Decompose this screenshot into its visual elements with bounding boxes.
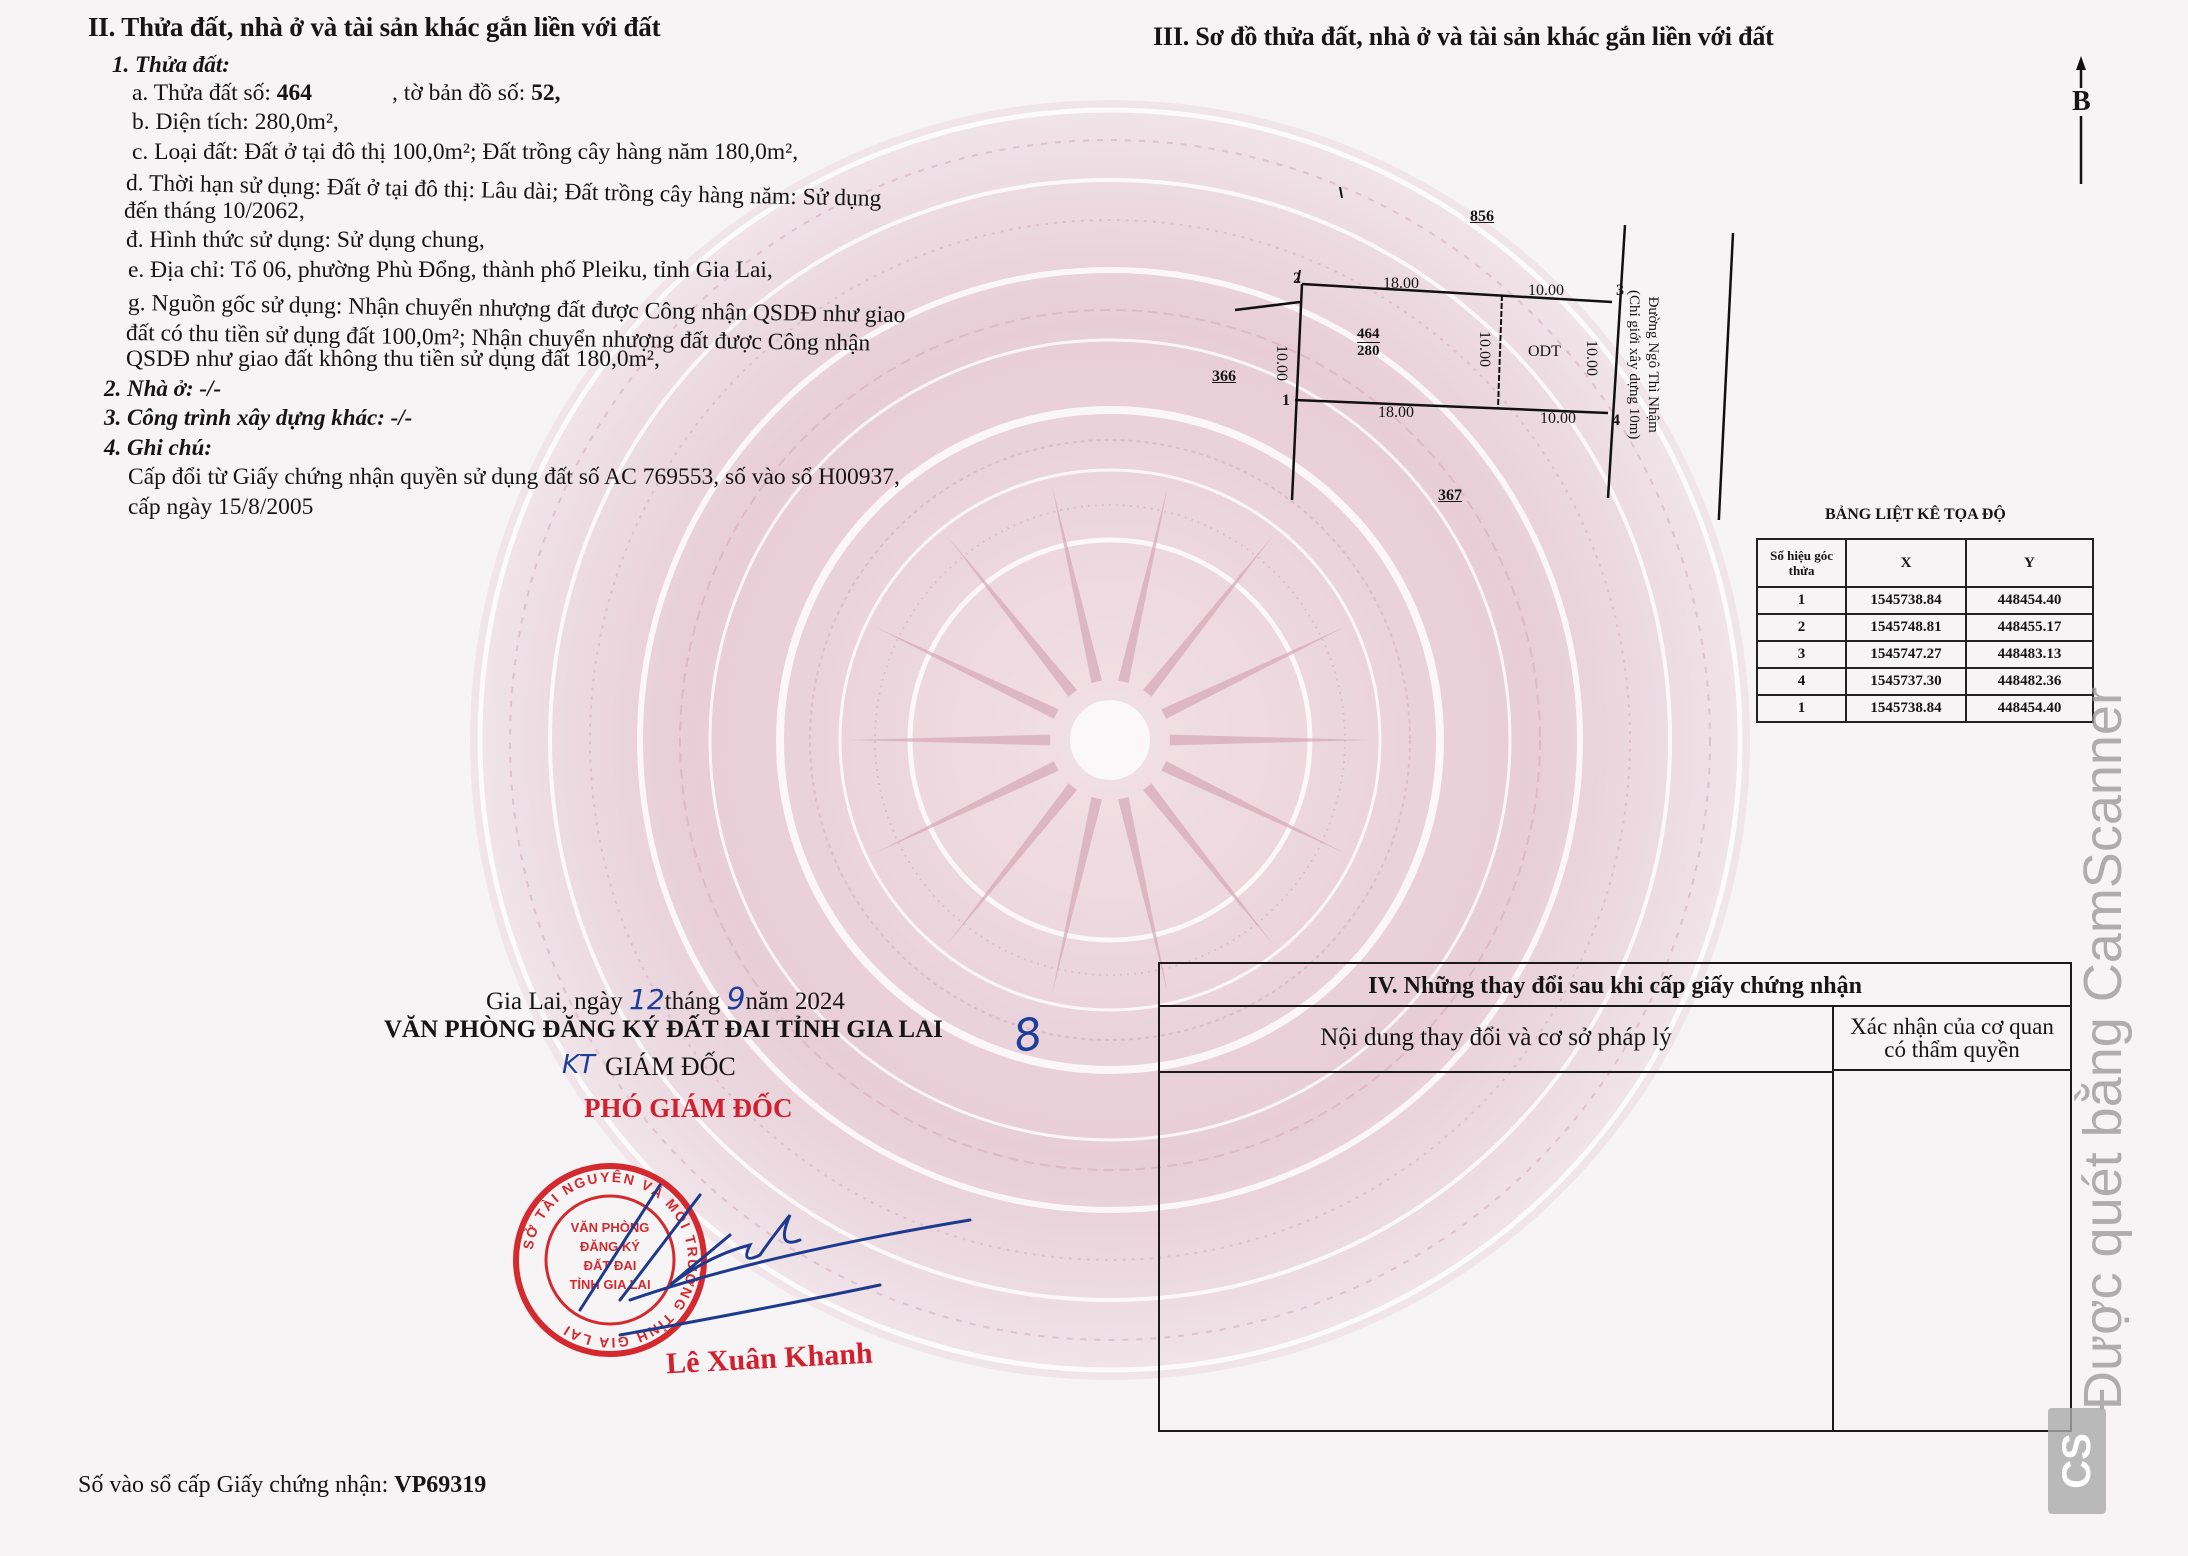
land-code-label: ODT xyxy=(1528,343,1561,361)
coord-table-row: 41545737.30448482.36 xyxy=(1757,668,2093,695)
north-arrow-icon xyxy=(2066,56,2096,186)
coord-table-row: 21545748.81448455.17 xyxy=(1757,614,2093,641)
parcel-number-label: a. Thửa đất số: xyxy=(132,80,277,106)
edge-top-left: 18.00 xyxy=(1383,275,1419,293)
month-label: tháng xyxy=(665,988,727,1015)
signer-role: GIÁM ĐỐC xyxy=(605,1052,736,1082)
camscanner-logo-icon: CS xyxy=(2048,1408,2106,1514)
changes-table-title: IV. Những thay đổi sau khi cấp giấy chứn… xyxy=(1160,964,2070,1007)
handwritten-month: 9 xyxy=(726,982,745,1017)
subsection-house: 2. Nhà ở: -/- xyxy=(104,376,221,402)
parcel-number: 464 xyxy=(277,80,312,106)
coord-cell-point: 4 xyxy=(1757,668,1846,695)
edge-left: 10.00 xyxy=(1272,345,1290,381)
deputy-title: PHÓ GIÁM ĐỐC xyxy=(584,1093,793,1124)
camscanner-watermark: Được quét bằng CamScanner xyxy=(2072,687,2134,1410)
note-line-2: cấp ngày 15/8/2005 xyxy=(128,494,313,521)
registry-number-label: Số vào sổ cấp Giấy chứng nhận: xyxy=(78,1472,394,1498)
area-line: b. Diện tích: 280,0m², xyxy=(132,109,339,136)
usage-form-line: đ. Hình thức sử dụng: Sử dụng chung, xyxy=(126,227,485,254)
coord-cell-y: 448455.17 xyxy=(1966,614,2093,641)
registry-number-line: Số vào sổ cấp Giấy chứng nhận: VP69319 xyxy=(78,1472,486,1499)
changes-content-cell[interactable] xyxy=(1160,1073,1832,1430)
corner-point-1: 1 xyxy=(1282,392,1290,410)
authority-line-1: Xác nhận của cơ quan xyxy=(1834,1015,2070,1038)
subsection-notes: 4. Ghi chú: xyxy=(104,435,212,461)
parcel-number-line: a. Thửa đất số: 464, tờ bản đồ số: 52, xyxy=(132,80,560,107)
parcel-label-area: 280 xyxy=(1357,343,1380,359)
coord-table-row: 11545738.84448454.40 xyxy=(1757,695,2093,722)
coord-cell-y: 448483.13 xyxy=(1966,641,2093,668)
north-label: B xyxy=(2072,88,2091,116)
usage-term-line-2: đến tháng 10/2062, xyxy=(124,198,305,225)
coord-cell-x: 1545738.84 xyxy=(1846,695,1966,722)
section-2-title: II. Thửa đất, nhà ở và tài sản khác gắn … xyxy=(88,12,660,43)
section-3-title: III. Sơ đồ thửa đất, nhà ở và tài sản kh… xyxy=(1153,22,1774,52)
parcel-label: 464 280 xyxy=(1357,326,1380,359)
registry-number: VP69319 xyxy=(394,1472,486,1498)
note-line-1: Cấp đổi từ Giấy chứng nhận quyền sử dụng… xyxy=(128,464,900,491)
coord-cell-x: 1545737.30 xyxy=(1846,668,1966,695)
parcel-label-number: 464 xyxy=(1357,326,1380,343)
coord-table: Số hiệu góc thửa X Y 11545738.84448454.4… xyxy=(1756,538,2094,723)
road-label: Đường Ngô Thì Nhậm (Chỉ giới xây dựng 10… xyxy=(1624,290,1662,439)
subsection-other-works: 3. Công trình xây dựng khác: -/- xyxy=(104,405,412,431)
coord-header-y: Y xyxy=(1966,539,2093,587)
changes-authority-cell[interactable] xyxy=(1834,1073,2070,1430)
neighbor-parcel-left: 366 xyxy=(1212,368,1236,386)
origin-line-3: QSDĐ như giao đất không thu tiền sử dụng… xyxy=(126,346,660,373)
authority-line-2: có thẩm quyền xyxy=(1834,1038,2070,1061)
edge-right: 10.00 xyxy=(1582,340,1600,376)
map-sheet-label: , tờ bản đồ số: xyxy=(392,80,531,106)
coord-cell-y: 448454.40 xyxy=(1966,587,2093,614)
coord-cell-x: 1545738.84 xyxy=(1846,587,1966,614)
neighbor-parcel-top: 856 xyxy=(1470,208,1494,226)
coord-cell-point: 1 xyxy=(1757,695,1846,722)
edge-bottom-left: 18.00 xyxy=(1378,404,1414,422)
map-sheet-number: 52, xyxy=(531,80,560,106)
handwritten-day: 12 xyxy=(629,983,665,1016)
neighbor-parcel-bottom: 367 xyxy=(1438,487,1462,505)
coord-header-point: Số hiệu góc thửa xyxy=(1757,539,1846,587)
edge-bottom-right: 10.00 xyxy=(1540,410,1576,428)
coord-cell-x: 1545748.81 xyxy=(1846,614,1966,641)
issue-date: Gia Lai, ngày 12tháng 9năm 2024 xyxy=(486,982,845,1017)
coord-cell-point: 3 xyxy=(1757,641,1846,668)
coord-table-row: 31545747.27448483.13 xyxy=(1757,641,2093,668)
issuing-office: VĂN PHÒNG ĐĂNG KÝ ĐẤT ĐAI TỈNH GIA LAI xyxy=(384,1016,943,1044)
edge-middle: 10.00 xyxy=(1475,331,1493,367)
changes-col-content: Nội dung thay đổi và cơ sở pháp lý xyxy=(1160,1007,1832,1073)
coord-cell-x: 1545747.27 xyxy=(1846,641,1966,668)
edge-top-right: 10.00 xyxy=(1528,282,1564,300)
handwritten-signature xyxy=(560,1160,980,1360)
subsection-land-parcel: 1. Thửa đất: xyxy=(112,52,230,78)
coord-header-x: X xyxy=(1846,539,1966,587)
year-label: năm 2024 xyxy=(746,988,845,1015)
corner-point-4: 4 xyxy=(1612,412,1620,430)
handwritten-initials: 8 xyxy=(1010,1008,1046,1063)
date-prefix: Gia Lai, ngày xyxy=(486,988,629,1015)
coord-cell-point: 2 xyxy=(1757,614,1846,641)
land-type-line: c. Loại đất: Đất ở tại đô thị 100,0m²; Đ… xyxy=(132,139,798,166)
handwritten-kt: KT xyxy=(562,1050,595,1080)
corner-point-3: 3 xyxy=(1616,282,1624,300)
coord-table-title: BẢNG LIỆT KÊ TỌA ĐỘ xyxy=(1825,506,2006,524)
changes-col-authority: Xác nhận của cơ quan có thẩm quyền xyxy=(1832,1007,2070,1071)
address-line: e. Địa chỉ: Tổ 06, phường Phù Đổng, thàn… xyxy=(128,257,773,284)
coord-cell-point: 1 xyxy=(1757,587,1846,614)
coord-table-row: 11545738.84448454.40 xyxy=(1757,587,2093,614)
corner-point-2: 2 xyxy=(1293,270,1301,288)
changes-table: IV. Những thay đổi sau khi cấp giấy chứn… xyxy=(1158,962,2072,1432)
road-note: (Chỉ giới xây dựng 10m) xyxy=(1624,290,1643,439)
road-name: Đường Ngô Thì Nhậm xyxy=(1643,290,1662,439)
